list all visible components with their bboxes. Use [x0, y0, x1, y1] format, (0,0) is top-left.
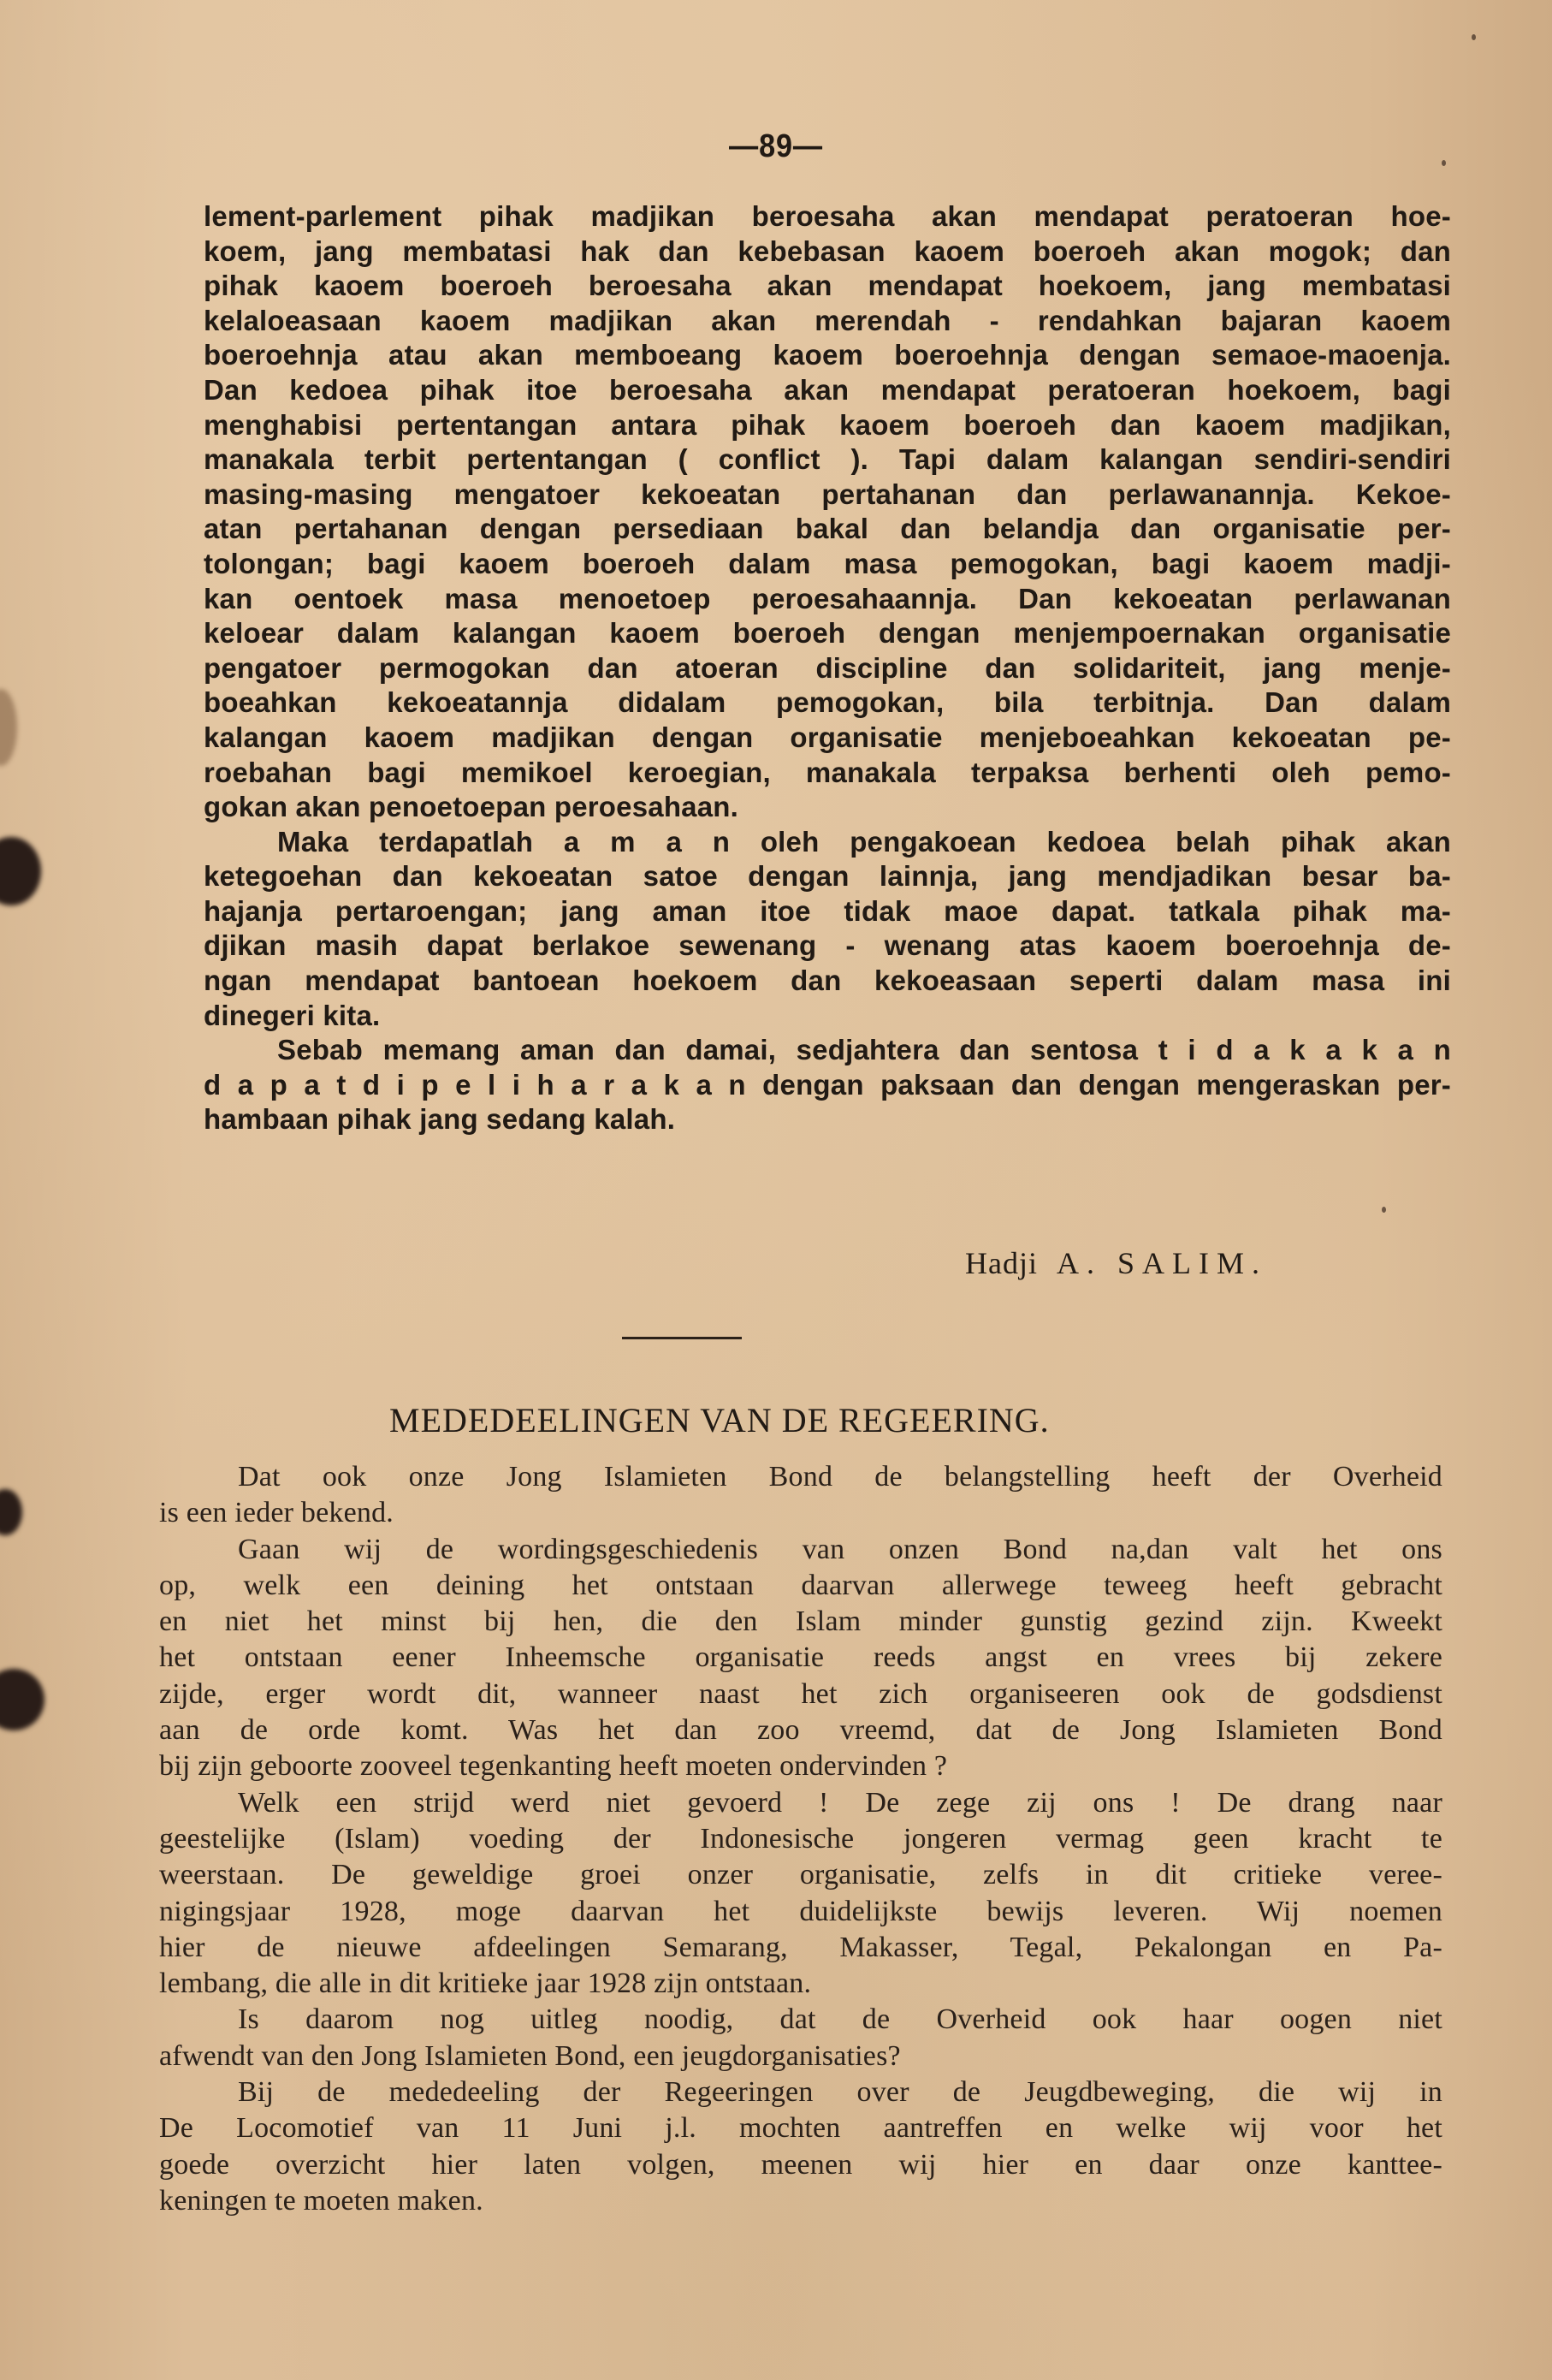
paper-speck [1382, 1207, 1386, 1213]
text-line: gokan akan penoetoepan peroesahaan. [204, 790, 1451, 825]
text-line: keloear dalam kalangan kaoem boeroeh den… [204, 616, 1451, 651]
text-line: het ontstaan eener Inheemsche organisati… [159, 1640, 1442, 1676]
text-line: koem, jang membatasi hak dan kebebasan k… [204, 234, 1451, 270]
paper-speck [1472, 34, 1476, 40]
text-line: Dat ook onze Jong Islamieten Bond de bel… [159, 1459, 1442, 1495]
text-line: en niet het minst bij hen, die den Islam… [159, 1604, 1442, 1640]
text-line: dinegeri kita. [204, 999, 1451, 1034]
text-line: hajanja pertaroengan; jang aman itoe tid… [204, 894, 1451, 929]
text-line: zijde, erger wordt dit, wanneer naast he… [159, 1677, 1442, 1712]
text-line: ketegoehan dan kekoeatan satoe dengan la… [204, 859, 1451, 894]
binding-hole-mark [0, 1489, 22, 1535]
text-line: manakala terbit pertentangan ( conflict … [204, 442, 1451, 478]
text-line: kan oentoek masa menoetoep peroesahaannj… [204, 582, 1451, 617]
text-line: weerstaan. De geweldige groei onzer orga… [159, 1857, 1442, 1893]
text-line: aan de orde komt. Was het dan zoo vreemd… [159, 1712, 1442, 1748]
text-line: tolongan; bagi kaoem boeroeh dalam masa … [204, 547, 1451, 582]
page-number: —89— [78, 128, 1475, 165]
paragraph: Gaan wij de wordingsgeschiedenis van onz… [159, 1532, 1442, 1785]
text-line: boeahkan kekoeatannja didalam pemogokan,… [204, 686, 1451, 721]
paragraph: Maka terdapatlah a m a n oleh pengakoean… [204, 825, 1451, 1034]
text-line: keningen te moeten maken. [159, 2183, 1442, 2219]
text-line: pengatoer permogokan dan atoeran discipl… [204, 651, 1451, 686]
scanned-document-page: —89— lement-parlement pihak madjikan ber… [0, 0, 1552, 2380]
text-line: Bij de mededeeling der Regeeringen over … [159, 2074, 1442, 2110]
text-line: Sebab memang aman dan damai, sedjahtera … [204, 1033, 1451, 1068]
paragraph: Welk een strijd werd niet gevoerd ! De z… [159, 1785, 1442, 2003]
text-line: nigingsjaar 1928, moge daarvan het duide… [159, 1894, 1442, 1930]
text-line: kelaloeasaan kaoem madjikan akan merenda… [204, 304, 1451, 339]
text-line: Maka terdapatlah a m a n oleh pengakoean… [204, 825, 1451, 860]
text-line: hambaan pihak jang sedang kalah. [204, 1102, 1451, 1137]
text-line: menghabisi pertentangan antara pihak kao… [204, 408, 1451, 443]
paragraph: Dat ook onze Jong Islamieten Bond de bel… [159, 1459, 1442, 1532]
text-line: ngan mendapat bantoean hoekoem dan kekoe… [204, 964, 1451, 999]
text-line: hier de nieuwe afdeelingen Semarang, Mak… [159, 1930, 1442, 1966]
text-line: is een ieder bekend. [159, 1495, 1442, 1531]
text-line: masing-masing mengatoer kekoeatan pertah… [204, 478, 1451, 513]
paragraph: Sebab memang aman dan damai, sedjahtera … [204, 1033, 1451, 1137]
text-line: Is daarom nog uitleg noodig, dat de Over… [159, 2002, 1442, 2038]
paragraph: lement-parlement pihak madjikan beroesah… [204, 199, 1451, 825]
section-title: MEDEDEELINGEN VAN DE REGEERING. [231, 1400, 1502, 1440]
text-line: Dan kedoea pihak itoe beroesaha akan men… [204, 373, 1451, 408]
text-line: lement-parlement pihak madjikan beroesah… [204, 199, 1451, 234]
paragraph: Is daarom nog uitleg noodig, dat de Over… [159, 2002, 1442, 2074]
section-divider [622, 1337, 742, 1339]
text-line: lembang, die alle in dit kritieke jaar 1… [159, 1966, 1442, 2002]
article-2-body: Dat ook onze Jong Islamieten Bond de bel… [159, 1459, 1442, 2219]
text-line: Gaan wij de wordingsgeschiedenis van onz… [159, 1532, 1442, 1568]
text-line: geestelijke (Islam) voeding der Indonesi… [159, 1821, 1442, 1857]
text-line: bij zijn geboorte zooveel tegenkanting h… [159, 1748, 1442, 1784]
text-line: De Locomotief van 11 Juni j.l. mochten a… [159, 2110, 1442, 2146]
text-line: op, welk een deining het ontstaan daarva… [159, 1568, 1442, 1604]
signature-name: A. SALIM. [1057, 1246, 1267, 1280]
paragraph: Bij de mededeeling der Regeeringen over … [159, 2074, 1442, 2219]
stain-mark [0, 689, 17, 766]
text-line: boeroehnja atau akan memboeang kaoem boe… [204, 338, 1451, 373]
text-line: goede overzicht hier laten volgen, meene… [159, 2147, 1442, 2183]
article-1-body: lement-parlement pihak madjikan beroesah… [204, 199, 1451, 1137]
signature-title: Hadji [965, 1246, 1038, 1280]
text-line: afwendt van den Jong Islamieten Bond, ee… [159, 2039, 1442, 2074]
text-line: pihak kaoem boeroeh beroesaha akan menda… [204, 269, 1451, 304]
text-line: kalangan kaoem madjikan dengan organisat… [204, 721, 1451, 756]
text-line: atan pertahanan dengan persediaan bakal … [204, 512, 1451, 547]
text-line: roebahan bagi memikoel keroegian, manaka… [204, 756, 1451, 791]
text-line: d a p a t d i p e l i h a r a k a n deng… [204, 1068, 1451, 1103]
author-signature: HadjiA. SALIM. [965, 1245, 1267, 1281]
binding-hole-mark [0, 837, 41, 905]
text-line: djikan masih dapat berlakoe sewenang - w… [204, 929, 1451, 964]
text-line: Welk een strijd werd niet gevoerd ! De z… [159, 1785, 1442, 1821]
binding-hole-mark [0, 1669, 44, 1730]
